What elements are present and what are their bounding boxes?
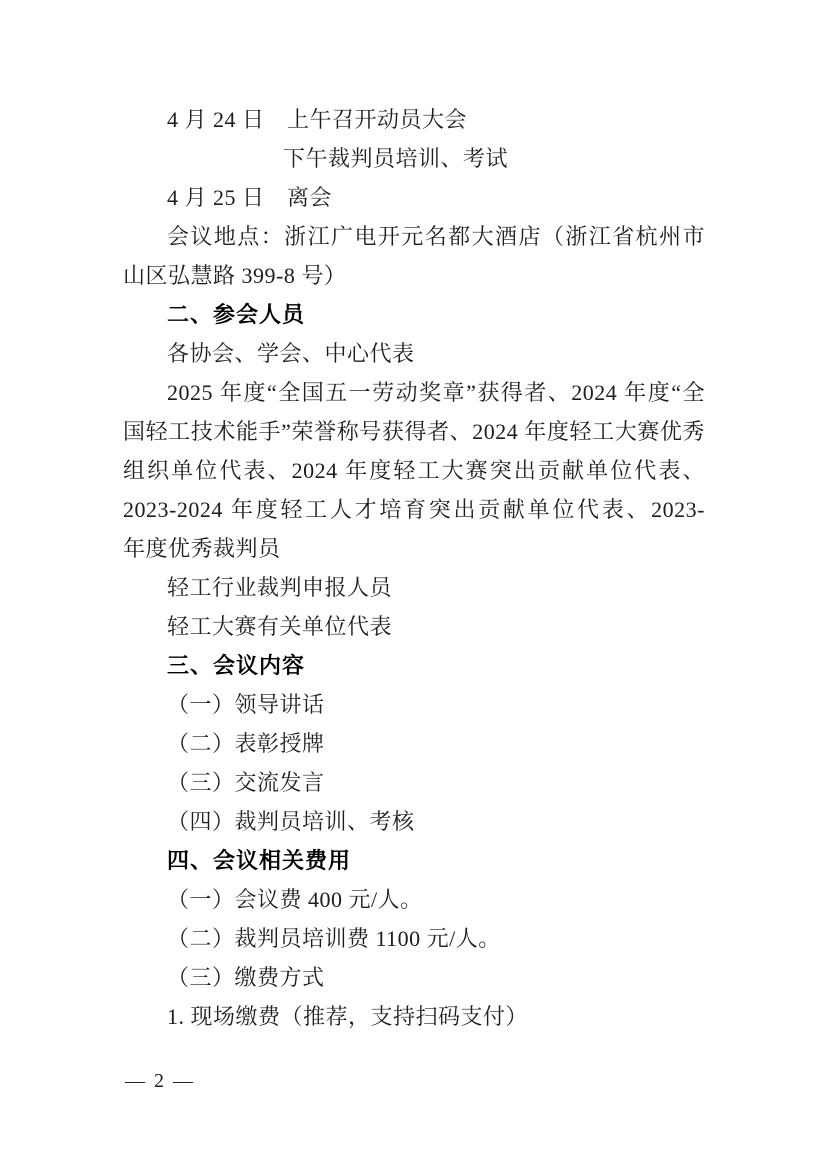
participants-line-8: 轻工大赛有关单位代表 — [123, 607, 705, 646]
section-participants-heading: 二、参会人员 — [123, 295, 705, 334]
fee-item-3: （三）缴费方式 — [123, 958, 705, 997]
agenda-item-3: （三）交流发言 — [123, 763, 705, 802]
participants-line-7: 轻工行业裁判申报人员 — [123, 568, 705, 607]
venue-line-2: 山区弘慧路 399-8 号） — [123, 256, 705, 295]
fee-item-2: （二）裁判员培训费 1100 元/人。 — [123, 919, 705, 958]
schedule-day1-afternoon-line: 下午裁判员培训、考试 — [123, 139, 705, 178]
participants-line-6: 年度优秀裁判员 — [123, 529, 705, 568]
participants-line-4: 组织单位代表、2024 年度轻工大赛突出贡献单位代表、 — [123, 451, 705, 490]
section-agenda-heading: 三、会议内容 — [123, 646, 705, 685]
schedule-day1-line: 4 月 24 日 上午召开动员大会 — [123, 100, 705, 139]
venue-line-1: 会议地点：浙江广电开元名都大酒店（浙江省杭州市萧 — [123, 217, 705, 256]
section-fees-heading: 四、会议相关费用 — [123, 841, 705, 880]
agenda-item-4: （四）裁判员培训、考核 — [123, 802, 705, 841]
schedule-day2-line: 4 月 25 日 离会 — [123, 178, 705, 217]
agenda-item-2: （二）表彰授牌 — [123, 724, 705, 763]
payment-method-line: 1. 现场缴费（推荐，支持扫码支付） — [123, 997, 705, 1036]
participants-line-2: 2025 年度“全国五一劳动奖章”获得者、2024 年度“全 — [123, 373, 705, 412]
document-body: 4 月 24 日 上午召开动员大会 下午裁判员培训、考试 4 月 25 日 离会… — [123, 100, 705, 1036]
agenda-item-1: （一）领导讲话 — [123, 685, 705, 724]
participants-line-1: 各协会、学会、中心代表 — [123, 334, 705, 373]
participants-line-5: 2023-2024 年度轻工人才培育突出贡献单位代表、2023-2024 — [123, 490, 705, 529]
fee-item-1: （一）会议费 400 元/人。 — [123, 880, 705, 919]
document-page: 4 月 24 日 上午召开动员大会 下午裁判员培训、考试 4 月 25 日 离会… — [0, 0, 827, 1169]
page-number: — 2 — — [125, 1068, 195, 1094]
participants-line-3: 国轻工技术能手”荣誉称号获得者、2024 年度轻工大赛优秀 — [123, 412, 705, 451]
